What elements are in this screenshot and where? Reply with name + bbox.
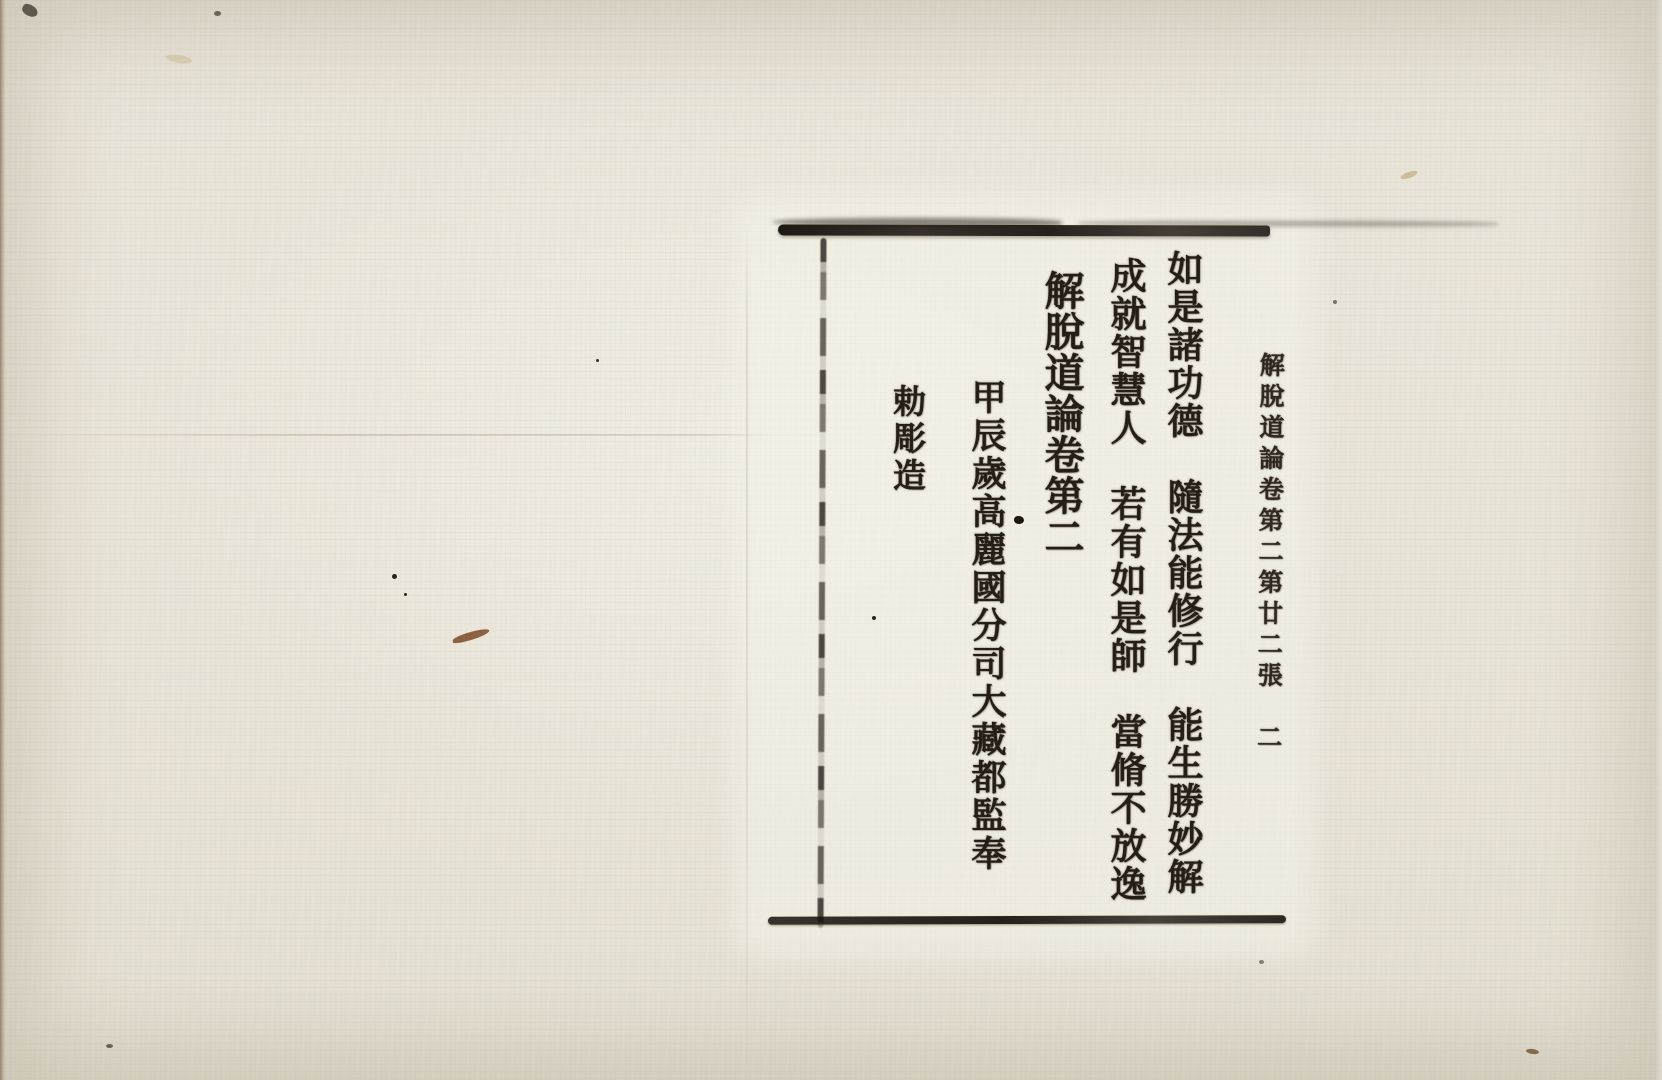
scan-edge-left xyxy=(0,0,5,1080)
ink-speck xyxy=(1333,300,1337,304)
ink-speck xyxy=(404,593,407,596)
printed-block-area xyxy=(752,214,1297,940)
verse-column-right: 如是諸功德 隨法能修行 能生勝妙解 xyxy=(1158,250,1209,896)
ink-speck xyxy=(1014,516,1024,524)
fiber-stain xyxy=(452,628,491,645)
paper-fleck xyxy=(1400,169,1419,181)
scan-edge-right xyxy=(1655,0,1662,1080)
margin-sheet-number-marker: 解脫道論卷第二第廿二張 二 xyxy=(1250,352,1289,755)
ink-speck xyxy=(392,574,397,579)
ink-speck xyxy=(106,1044,113,1048)
block-bottom-border-rule xyxy=(768,915,1286,925)
paper-fleck xyxy=(166,53,193,65)
ink-speck xyxy=(596,359,599,362)
verse-column-left: 成就智慧人 若有如是師 當脩不放逸 xyxy=(1101,257,1152,903)
colophon-line-2: 勅彫造 xyxy=(884,384,931,495)
ink-speck xyxy=(214,11,221,16)
paper-horizontal-crease xyxy=(0,434,830,436)
block-top-border-rule xyxy=(778,224,1270,236)
fiber-stain xyxy=(1526,1048,1540,1055)
ink-speck xyxy=(1259,960,1264,964)
scroll-end-title: 解脫道論卷第二 xyxy=(1033,270,1090,557)
colophon-line-1: 甲辰歲高麗國分司大藏都監奉 xyxy=(961,379,1011,873)
ink-speck xyxy=(20,2,39,19)
manuscript-scan-page: 解脫道論卷第二第廿二張 二 如是諸功德 隨法能修行 能生勝妙解 成就智慧人 若有… xyxy=(0,0,1662,1080)
paper-seam-crease xyxy=(746,222,748,1080)
ink-speck xyxy=(872,616,876,620)
